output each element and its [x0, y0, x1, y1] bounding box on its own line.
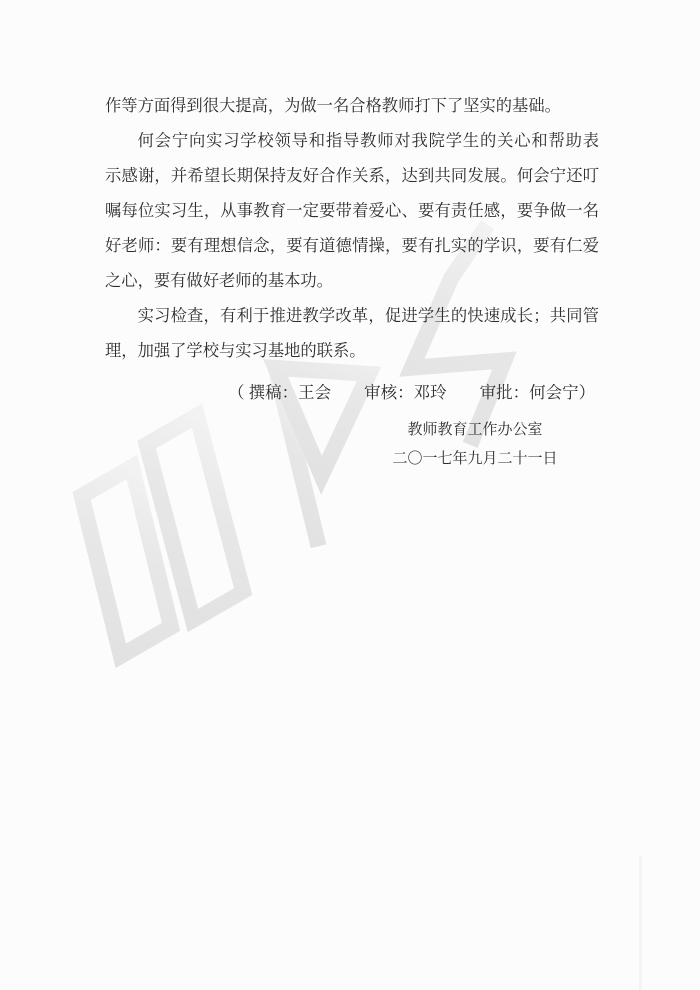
document-page: 作等方面得到很大提高，为做一名合格教师打下了坚实的基础。 何会宁向实习学校领导和…: [0, 0, 700, 990]
text-line: 实习检查，有利于推进教学改革，促进学生的快速成长；共同管: [105, 298, 599, 333]
text-line: 作等方面得到很大提高，为做一名合格教师打下了坚实的基础。: [105, 88, 599, 123]
org-line: 教师教育工作办公室: [355, 416, 595, 445]
text-line: 之心，要有做好老师的基本功。: [105, 263, 599, 298]
text-line: 何会宁向实习学校领导和指导教师对我院学生的关心和帮助表: [105, 123, 599, 158]
text-line: 示感谢，并希望长期保持友好合作关系，达到共同发展。何会宁还叮: [105, 158, 599, 193]
date-line: 二〇一七年九月二十一日: [355, 445, 595, 474]
scan-artifact-line: [639, 856, 642, 990]
text-line: 理，加强了学校与实习基地的联系。: [105, 333, 599, 368]
signature-line: （ 撰稿：王会 审核：邓玲 审批：何会宁）: [228, 378, 595, 408]
text-line: 嘱每位实习生，从事教育一定要带着爱心、要有责任感，要争做一名: [105, 193, 599, 228]
text-line: 好老师：要有理想信念，要有道德情操，要有扎实的学识，要有仁爱: [105, 228, 599, 263]
signoff-block: 教师教育工作办公室 二〇一七年九月二十一日: [355, 416, 595, 474]
document-body: 作等方面得到很大提高，为做一名合格教师打下了坚实的基础。 何会宁向实习学校领导和…: [105, 88, 599, 368]
